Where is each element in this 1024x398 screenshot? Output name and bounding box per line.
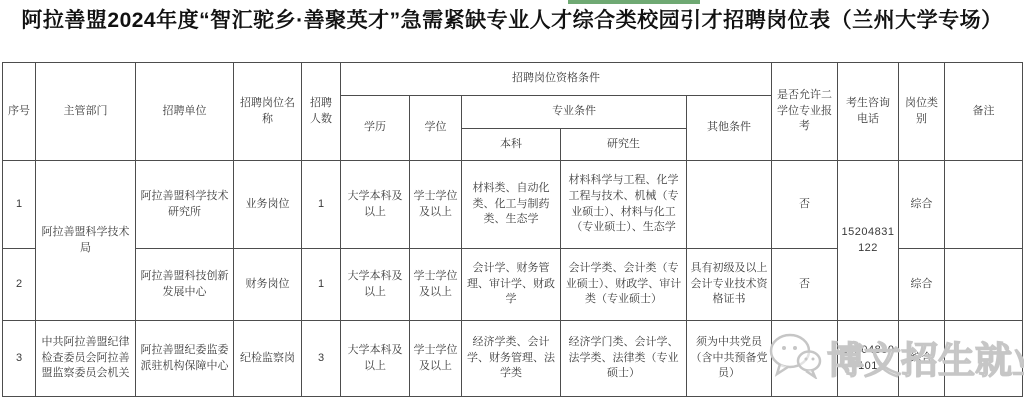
cell-r2-degree: 学士学位及以上 <box>410 249 462 321</box>
cell-r1-degree: 学士学位及以上 <box>410 161 462 249</box>
cell-r1-graduate: 材料科学与工程、化学工程与技术、机械（专业硕士）、材料与化工（专业硕士）、生态学 <box>561 161 687 249</box>
cell-r3-category: 综合 <box>899 321 945 397</box>
header-headcount: 招聘人数 <box>302 63 341 161</box>
cell-r2-graduate: 会计学类、会计类（专业硕士）、财政学、审计类（专业硕士） <box>561 249 687 321</box>
cell-r3-dept: 中共阿拉善盟纪律检查委员会阿拉善盟监察委员会机关 <box>36 321 136 397</box>
cell-r3-graduate: 经济学门类、会计学、法学类、法律类（专业硕士） <box>561 321 687 397</box>
cell-r2-serial: 2 <box>3 249 36 321</box>
cell-r3-undergrad: 经济学类、会计学、财务管理、法学类 <box>462 321 561 397</box>
cell-r2-category: 综合 <box>899 249 945 321</box>
header-undergraduate: 本科 <box>462 129 561 161</box>
cell-r2-second-degree: 否 <box>772 249 838 321</box>
cell-r1-undergrad: 材料类、自动化类、化工与制药类、生态学 <box>462 161 561 249</box>
header-qualification-conditions: 招聘岗位资格条件 <box>341 63 772 96</box>
top-green-bar <box>568 0 700 4</box>
cell-r1r2-phone-merged: 15204831122 <box>838 161 899 321</box>
cell-r3-remark <box>945 321 1023 397</box>
cell-r2-education: 大学本科及以上 <box>341 249 410 321</box>
table-row: 3 中共阿拉善盟纪律检查委员会阿拉善盟监察委员会机关 阿拉善盟纪委监委派驻机构保… <box>3 321 1023 397</box>
header-post-category: 岗位类别 <box>899 63 945 161</box>
cell-r2-undergrad: 会计学、财务管理、审计学、财政学 <box>462 249 561 321</box>
cell-r1-count: 1 <box>302 161 341 249</box>
cell-r3-phone: 15204830101 <box>838 321 899 397</box>
cell-r1-other <box>687 161 772 249</box>
cell-r2-unit: 阿拉善盟科技创新发展中心 <box>136 249 234 321</box>
header-degree: 学位 <box>410 96 462 161</box>
cell-r2-other: 具有初级及以上会计专业技术资格证书 <box>687 249 772 321</box>
cell-r3-post: 纪检监察岗 <box>234 321 302 397</box>
cell-r2-remark <box>945 249 1023 321</box>
cell-r3-count: 3 <box>302 321 341 397</box>
header-post-name: 招聘岗位名称 <box>234 63 302 161</box>
header-other-conditions: 其他条件 <box>687 96 772 161</box>
header-serial-no: 序号 <box>3 63 36 161</box>
page-title: 阿拉善盟2024年度“智汇驼乡·善聚英才”急需紧缺专业人才综合类校园引才招聘岗位… <box>0 0 1024 39</box>
header-major-conditions: 专业条件 <box>462 96 687 129</box>
header-education: 学历 <box>341 96 410 161</box>
header-second-degree-allowed: 是否允许二学位专业报考 <box>772 63 838 161</box>
header-consult-phone: 考生咨询电话 <box>838 63 899 161</box>
header-graduate: 研究生 <box>561 129 687 161</box>
page: 阿拉善盟2024年度“智汇驼乡·善聚英才”急需紧缺专业人才综合类校园引才招聘岗位… <box>0 0 1024 398</box>
cell-r3-unit: 阿拉善盟纪委监委派驻机构保障中心 <box>136 321 234 397</box>
cell-r1-remark <box>945 161 1023 249</box>
header-recruiting-unit: 招聘单位 <box>136 63 234 161</box>
cell-r1-second-degree: 否 <box>772 161 838 249</box>
cell-r1-post: 业务岗位 <box>234 161 302 249</box>
cell-r3-serial: 3 <box>3 321 36 397</box>
cell-r2-post: 财务岗位 <box>234 249 302 321</box>
cell-r1-unit: 阿拉善盟科学技术研究所 <box>136 161 234 249</box>
table-row: 1 阿拉善盟科学技术局 阿拉善盟科学技术研究所 业务岗位 1 大学本科及以上 学… <box>3 161 1023 249</box>
cell-r3-other: 须为中共党员（含中共预备党员） <box>687 321 772 397</box>
cell-r1-category: 综合 <box>899 161 945 249</box>
cell-r3-education: 大学本科及以上 <box>341 321 410 397</box>
cell-r2-count: 1 <box>302 249 341 321</box>
header-supervising-dept: 主管部门 <box>36 63 136 161</box>
cell-r1-serial: 1 <box>3 161 36 249</box>
cell-r1-education: 大学本科及以上 <box>341 161 410 249</box>
recruitment-table: 序号 主管部门 招聘单位 招聘岗位名称 招聘人数 招聘岗位资格条件 是否允许二学… <box>2 62 1023 397</box>
cell-r1r2-dept-merged: 阿拉善盟科学技术局 <box>36 161 136 321</box>
header-remarks: 备注 <box>945 63 1023 161</box>
cell-r3-degree: 学士学位及以上 <box>410 321 462 397</box>
cell-r3-second-degree <box>772 321 838 397</box>
